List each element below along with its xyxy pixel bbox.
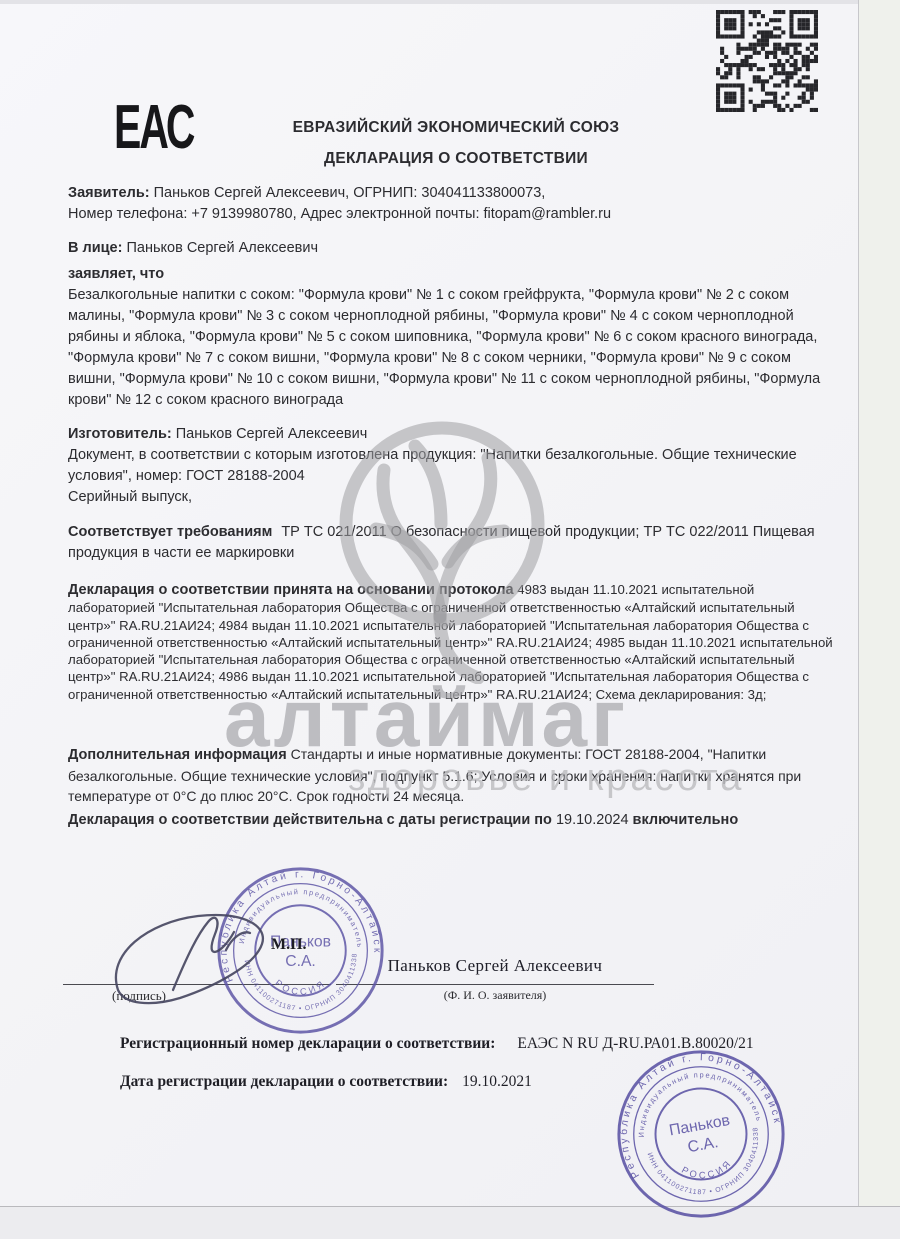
qr-code-icon: [716, 10, 818, 112]
applicant-line2: Номер телефона: +7 9139980780, Адрес эле…: [68, 204, 840, 225]
in-person-value: Паньков Сергей Алексеевич: [126, 240, 318, 256]
paper-top-edge: [0, 0, 900, 4]
stamp-initials: С.А.: [686, 1134, 719, 1156]
stamp-country: РОССИЯ: [678, 1155, 736, 1184]
in-person-line: В лице: Паньков Сергей Алексеевич: [68, 238, 318, 259]
union-title: ЕВРАЗИЙСКИЙ ЭКОНОМИЧЕСКИЙ СОЮЗ: [90, 112, 822, 143]
validity-label: Декларация о соответствии действительна …: [68, 812, 552, 828]
round-stamp-bottom: Республика Алтай г. Горно-Алтайск Индиви…: [598, 1031, 804, 1237]
declaration-title: ДЕКЛАРАЦИЯ О СООТВЕТСТВИИ: [90, 143, 822, 174]
products-paragraph: Безалкогольные напитки с соком: "Формула…: [68, 285, 840, 411]
serial-release: Серийный выпуск,: [68, 487, 192, 508]
declaration-document: ЕАС ЕВРАЗИЙСКИЙ ЭКОНОМИЧЕСКИЙ СОЮЗ ДЕКЛА…: [0, 0, 900, 1239]
document-header: ЕВРАЗИЙСКИЙ ЭКОНОМИЧЕСКИЙ СОЮЗ ДЕКЛАРАЦИ…: [90, 112, 822, 174]
svg-text:РОССИЯ: РОССИЯ: [678, 1155, 736, 1184]
manufacturer-label: Изготовитель:: [68, 426, 172, 442]
watermark-brand-text: алтаймаг: [224, 672, 629, 766]
validity-paragraph: Декларация о соответствии действительна …: [68, 810, 740, 832]
registration-date-line: Дата регистрации декларации о соответств…: [120, 1073, 532, 1091]
watermark-tagline-text: здоровье и красота: [348, 757, 744, 800]
handwritten-signature: [98, 892, 338, 1017]
compliance-label: Соответствует требованиям: [68, 524, 272, 540]
registration-date-label: Дата регистрации декларации о соответств…: [120, 1073, 448, 1090]
stamp-place-label: М.П.: [271, 936, 307, 954]
watermark-tree-logo: [318, 412, 570, 684]
applicant-section: Заявитель: Паньков Сергей Алексеевич, ОГ…: [68, 183, 840, 225]
declares-label: заявляет, что: [68, 264, 164, 285]
validity-suffix: включительно: [633, 812, 739, 828]
validity-date: 19.10.2024: [556, 812, 629, 828]
stamp-name: Паньков: [668, 1112, 731, 1139]
registration-date-value: 19.10.2021: [462, 1073, 532, 1090]
applicant-label: Заявитель:: [68, 185, 150, 201]
in-person-label: В лице:: [68, 240, 122, 256]
applicant-line1: Заявитель: Паньков Сергей Алексеевич, ОГ…: [68, 183, 840, 204]
paper-fold-right: [858, 0, 900, 1239]
